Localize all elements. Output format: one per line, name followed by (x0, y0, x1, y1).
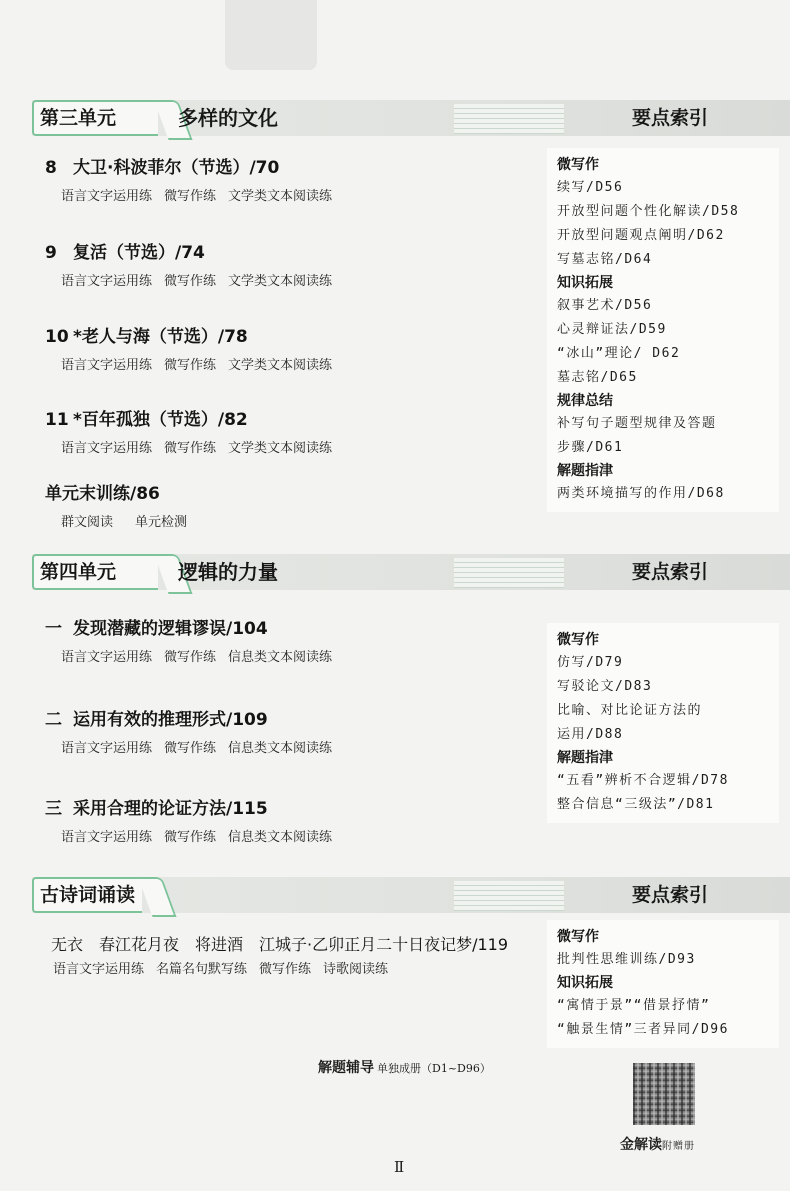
guide-title: 解题辅导 (318, 1060, 374, 1076)
index-item[interactable]: 墓志铭/D65 (557, 366, 771, 390)
index-category: 微写作 (557, 629, 771, 651)
page-number: Ⅱ (394, 1158, 404, 1176)
exercise: 名篇名句默写练 (156, 962, 247, 977)
index-item[interactable]: “寓情于景”“借景抒情” (557, 994, 771, 1018)
unit-header-poetry: 古诗词诵读 要点索引 (32, 877, 790, 913)
lesson-number: 8 (45, 157, 73, 179)
index-item[interactable]: 整合信息“三级法”/D81 (557, 793, 771, 817)
guide-range: 单独成册（D1~D96） (377, 1062, 491, 1075)
index-item[interactable]: 续写/D56 (557, 176, 771, 200)
key-points-index: 微写作 仿写/D79 写驳论文/D83 比喻、对比论证方法的 运用/D88 解题… (547, 623, 779, 823)
exercise: 微写作练 (164, 274, 216, 289)
qr-caption-sub: 附赠册 (662, 1141, 695, 1152)
lesson-number: 9 (45, 242, 73, 264)
index-item[interactable]: 心灵辩证法/D59 (557, 318, 771, 342)
toc-entry[interactable]: 无衣 春江花月夜 将进酒 江城子·乙卯正月二十日夜记梦/119 语言文字运用练名… (51, 934, 508, 980)
lesson-number: 二 (45, 709, 73, 731)
exercise: 语言文字运用练 (53, 962, 144, 977)
index-item[interactable]: 写墓志铭/D64 (557, 248, 771, 272)
exercise: 微写作练 (164, 741, 216, 756)
toc-entry[interactable]: 9复活（节选）/74 语言文字运用练微写作练文学类文本阅读练 (45, 242, 344, 292)
index-category: 解题指津 (557, 747, 771, 769)
unit-tab: 第四单元 (32, 554, 158, 590)
exercise: 文学类文本阅读练 (228, 274, 332, 289)
stripes-decoration (454, 104, 564, 134)
index-item[interactable]: “触景生情”三者异同/D96 (557, 1018, 771, 1042)
exercise: 语言文字运用练 (61, 441, 152, 456)
index-item[interactable]: “五看”辨析不合逻辑/D78 (557, 769, 771, 793)
index-category: 微写作 (557, 926, 771, 948)
exercise: 微写作练 (164, 830, 216, 845)
index-category: 知识拓展 (557, 272, 771, 294)
exercise: 文学类文本阅读练 (228, 358, 332, 373)
exercise: 微写作练 (164, 189, 216, 204)
lesson-title[interactable]: 单元末训练/86 (45, 484, 160, 504)
qr-caption: 金解读附赠册 (620, 1134, 695, 1154)
lesson-title[interactable]: 发现潜藏的逻辑谬误/104 (73, 619, 268, 639)
index-item[interactable]: 仿写/D79 (557, 651, 771, 675)
unit-header-3: 第三单元 多样的文化 要点索引 (32, 100, 790, 136)
index-item[interactable]: 批判性思维训练/D93 (557, 948, 771, 972)
index-item[interactable]: 写驳论文/D83 (557, 675, 771, 699)
unit-title: 多样的文化 (178, 100, 278, 136)
exercise: 信息类文本阅读练 (228, 741, 332, 756)
lesson-title[interactable]: 大卫·科波菲尔（节选）/70 (73, 158, 279, 178)
lesson-title[interactable]: 采用合理的论证方法/115 (73, 799, 268, 819)
index-item[interactable]: 两类环境描写的作用/D68 (557, 482, 771, 506)
lesson-number: 10 (45, 326, 73, 348)
exercise: 文学类文本阅读练 (228, 189, 332, 204)
exercise: 诗歌阅读练 (323, 962, 388, 977)
exercise: 单元检测 (135, 515, 187, 530)
index-item[interactable]: “冰山”理论/ D62 (557, 342, 771, 366)
exercise: 群文阅读 (61, 515, 113, 530)
lesson-title[interactable]: *老人与海（节选）/78 (73, 327, 248, 347)
key-points-index: 微写作 续写/D56 开放型问题个性化解读/D58 开放型问题观点阐明/D62 … (547, 148, 779, 512)
exercise: 微写作练 (164, 650, 216, 665)
exercise: 文学类文本阅读练 (228, 441, 332, 456)
exercise: 语言文字运用练 (61, 189, 152, 204)
index-category: 知识拓展 (557, 972, 771, 994)
index-item[interactable]: 开放型问题观点阐明/D62 (557, 224, 771, 248)
index-item[interactable]: 开放型问题个性化解读/D58 (557, 200, 771, 224)
index-item[interactable]: 运用/D88 (557, 723, 771, 747)
lesson-title[interactable]: 无衣 春江花月夜 将进酒 江城子·乙卯正月二十日夜记梦/119 (51, 935, 508, 954)
exercise: 语言文字运用练 (61, 650, 152, 665)
unit-tab: 古诗词诵读 (32, 877, 142, 913)
qr-code-icon[interactable] (633, 1063, 695, 1125)
index-item[interactable]: 补写句子题型规律及答题 (557, 412, 771, 436)
index-label: 要点索引 (632, 877, 708, 913)
index-category: 微写作 (557, 154, 771, 176)
exercise: 微写作练 (259, 962, 311, 977)
index-label: 要点索引 (632, 100, 708, 136)
lesson-title[interactable]: 运用有效的推理形式/109 (73, 710, 268, 730)
qr-caption-title: 金解读 (620, 1137, 662, 1153)
key-points-index: 微写作 批判性思维训练/D93 知识拓展 “寓情于景”“借景抒情” “触景生情”… (547, 920, 779, 1048)
stripes-decoration (454, 558, 564, 588)
exercise: 语言文字运用练 (61, 274, 152, 289)
unit-header-4: 第四单元 逻辑的力量 要点索引 (32, 554, 790, 590)
index-item[interactable]: 步骤/D61 (557, 436, 771, 460)
exercise: 信息类文本阅读练 (228, 650, 332, 665)
unit-tab: 第三单元 (32, 100, 158, 136)
exercise: 语言文字运用练 (61, 741, 152, 756)
unit-title: 逻辑的力量 (178, 554, 278, 590)
exercise: 微写作练 (164, 441, 216, 456)
stripes-decoration (454, 881, 564, 911)
toc-entry[interactable]: 8大卫·科波菲尔（节选）/70 语言文字运用练微写作练文学类文本阅读练 (45, 157, 344, 207)
index-category: 解题指津 (557, 460, 771, 482)
toc-entry[interactable]: 11*百年孤独（节选）/82 语言文字运用练微写作练文学类文本阅读练 (45, 409, 344, 459)
exercise: 语言文字运用练 (61, 358, 152, 373)
toc-entry[interactable]: 单元末训练/86 群文阅读单元检测 (45, 483, 199, 533)
index-category: 规律总结 (557, 390, 771, 412)
toc-entry[interactable]: 一发现潜藏的逻辑谬误/104 语言文字运用练微写作练信息类文本阅读练 (45, 618, 344, 668)
exercise: 语言文字运用练 (61, 830, 152, 845)
lesson-title[interactable]: 复活（节选）/74 (73, 243, 205, 263)
top-decoration (225, 0, 317, 70)
toc-entry[interactable]: 二运用有效的推理形式/109 语言文字运用练微写作练信息类文本阅读练 (45, 709, 344, 759)
lesson-title[interactable]: *百年孤独（节选）/82 (73, 410, 248, 430)
index-item[interactable]: 比喻、对比论证方法的 (557, 699, 771, 723)
answer-guide-note: 解题辅导单独成册（D1~D96） (318, 1057, 491, 1077)
index-label: 要点索引 (632, 554, 708, 590)
index-item[interactable]: 叙事艺术/D56 (557, 294, 771, 318)
exercise: 信息类文本阅读练 (228, 830, 332, 845)
toc-entry[interactable]: 10*老人与海（节选）/78 语言文字运用练微写作练文学类文本阅读练 (45, 326, 344, 376)
exercise: 微写作练 (164, 358, 216, 373)
toc-entry[interactable]: 三采用合理的论证方法/115 语言文字运用练微写作练信息类文本阅读练 (45, 798, 344, 848)
lesson-number: 11 (45, 409, 73, 431)
lesson-number: 一 (45, 618, 73, 640)
lesson-number: 三 (45, 798, 73, 820)
